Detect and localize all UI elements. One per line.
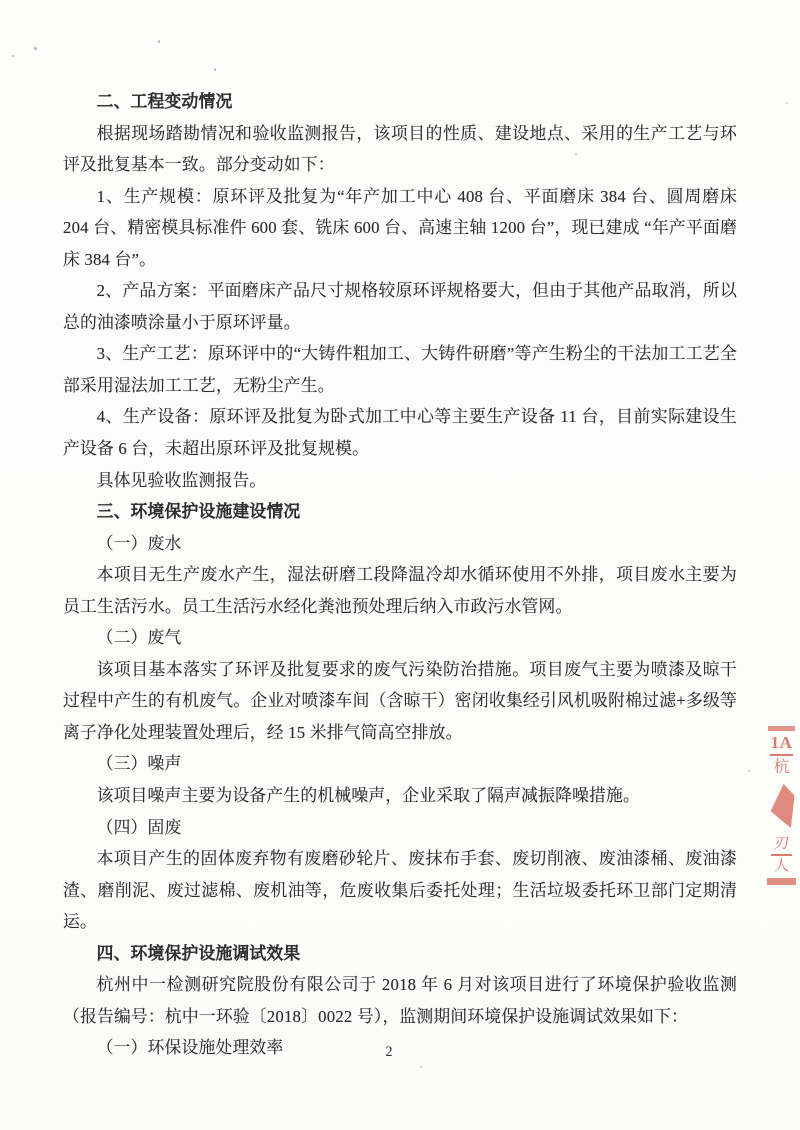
section-heading-2: 二、工程变动情况 [63, 86, 737, 118]
red-seal-stamp-partial: 1A 杭 刃 人 [763, 726, 800, 898]
scan-speck [34, 47, 37, 50]
paragraph: 该项目噪声主要为设备产生的机械噪声，企业采取了隔声减振降噪措施。 [63, 780, 737, 812]
scan-speck [575, 153, 577, 155]
document-body: 二、工程变动情况 根据现场踏勘情况和验收监测报告，该项目的性质、建设地点、采用的… [63, 86, 737, 1064]
paragraph: 杭州中一检测研究院股份有限公司于 2018 年 6 月对该项目进行了环境保护验收… [63, 969, 737, 1032]
scan-speck [786, 102, 788, 104]
scan-speck [214, 68, 216, 71]
scanned-document-page: 二、工程变动情况 根据现场踏勘情况和验收监测报告，该项目的性质、建设地点、采用的… [0, 0, 800, 1130]
page-number: 2 [0, 1044, 789, 1061]
scan-speck [748, 770, 750, 772]
section-heading-3: 三、环境保护设施建设情况 [63, 496, 737, 528]
sub-heading-solid-waste: （四）固废 [63, 812, 737, 844]
stamp-text: 1A [763, 733, 800, 753]
stamp-text: 杭 [763, 758, 800, 777]
paragraph: 3、生产工艺：原环评中的“大铸件粗加工、大铸件研磨”等产生粉尘的干法加工工艺全部… [63, 338, 737, 401]
stamp-arrow-icon [769, 784, 795, 828]
stamp-bar-icon [767, 878, 796, 885]
scan-speck [158, 40, 160, 43]
paragraph: 4、生产设备：原环评及批复为卧式加工中心等主要生产设备 11 台，目前实际建设生… [63, 401, 737, 464]
stamp-divider [770, 754, 793, 756]
sub-heading-wastewater: （一）废水 [63, 528, 737, 560]
stamp-divider [771, 854, 792, 856]
scan-speck [420, 1066, 422, 1068]
sub-heading-waste-gas: （二）废气 [63, 622, 737, 654]
stamp-text: 人 [763, 857, 800, 875]
sub-heading-noise: （三）噪声 [63, 748, 737, 780]
section-heading-4: 四、环境保护设施调试效果 [63, 938, 737, 970]
paragraph: 本项目产生的固体废弃物有废磨砂轮片、废抹布手套、废切削液、废油漆桶、废油漆渣、磨… [63, 843, 737, 938]
paragraph: 本项目无生产废水产生，湿法研磨工段降温冷却水循环使用不外排，项目废水主要为员工生… [63, 559, 737, 622]
paragraph: 具体见验收监测报告。 [63, 465, 737, 497]
scan-speck [12, 55, 14, 57]
paragraph: 2、产品方案：平面磨床产品尺寸规格较原环评规格要大，但由于其他产品取消，所以总的… [63, 275, 737, 338]
paragraph: 1、生产规模：原环评及批复为“年产加工中心 408 台、平面磨床 384 台、圆… [63, 181, 737, 276]
paragraph: 该项目基本落实了环评及批复要求的废气污染防治措施。项目废气主要为喷漆及晾干过程中… [63, 654, 737, 749]
paragraph: 根据现场踏勘情况和验收监测报告，该项目的性质、建设地点、采用的生产工艺与环评及批… [63, 118, 737, 181]
stamp-bar-icon [768, 726, 795, 731]
stamp-text: 刃 [763, 835, 800, 853]
